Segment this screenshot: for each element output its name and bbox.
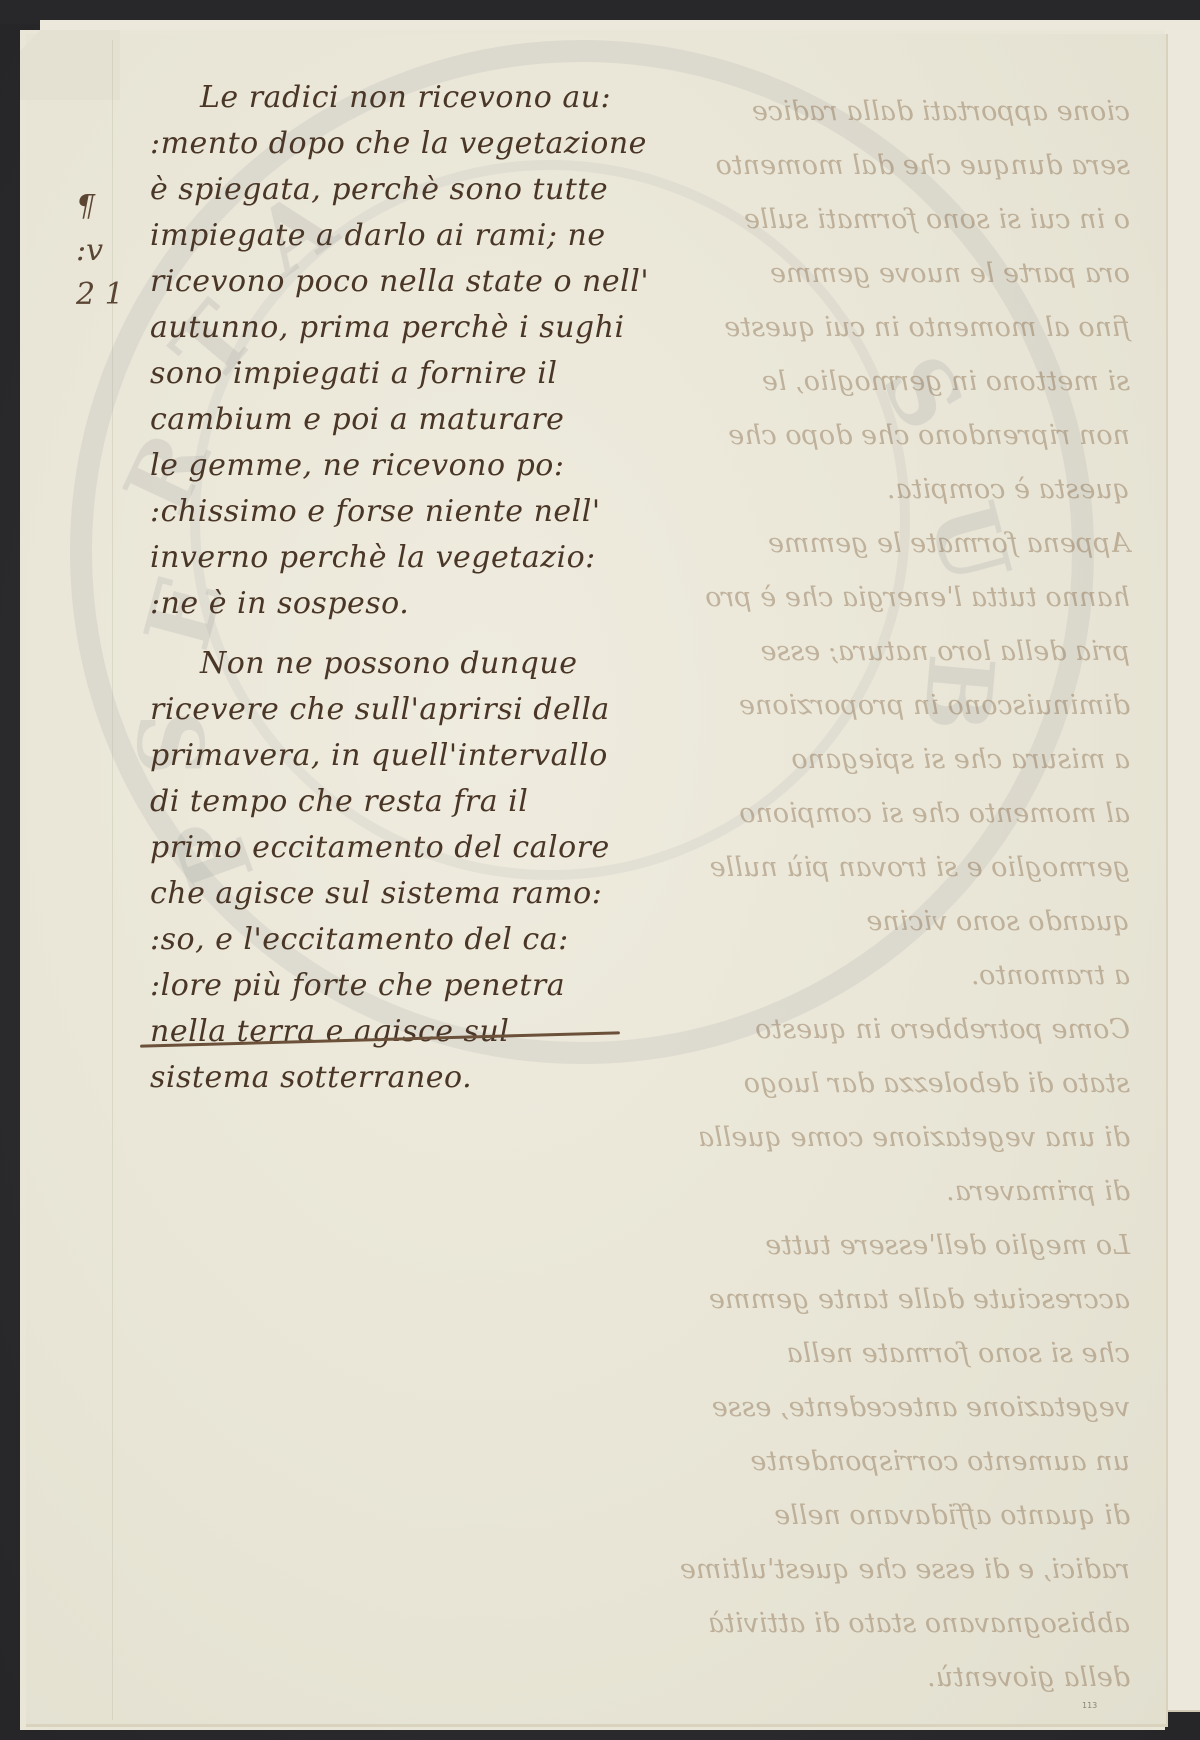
text-line: Non ne possono dunque [150,641,630,687]
text-line: che agisce sul sistema ramo: [150,871,630,917]
text-line: autunno, prima perchè i sughi [150,305,630,351]
text-line: ricevono poco nella state o nell' [150,259,630,305]
bleed-line: non riprendono che dopo che [660,409,1130,463]
page-number: 113 [1082,1701,1097,1710]
bleed-line: della gioventù. [660,1651,1130,1705]
manuscript-text: Le radici non ricevono au: :mento dopo c… [150,75,630,1101]
bleed-line: pria della loro natura; esse [660,625,1130,679]
text-line: sono impiegati a fornire il [150,351,630,397]
bleed-line: accresciute dalle tante gemme [660,1273,1130,1327]
text-line: di tempo che resta fra il [150,779,630,825]
margin-note: 2 1 [76,273,124,317]
text-line: :so, e l'eccitamento del ca: [150,917,630,963]
bleed-through-text: cione apportati dalla radice sera dunque… [660,85,1130,1705]
bleed-line: che si sono formate nella [660,1327,1130,1381]
bleed-line: Appena formate le gemme [660,517,1130,571]
margin-note: ¶ [76,185,124,229]
bleed-line: Lo meglio dell'essere tutte [660,1219,1130,1273]
text-line: Le radici non ricevono au: [150,75,630,121]
bleed-line: quando sono vicine [660,895,1130,949]
bleed-line: di quanto affidavano nelle [660,1489,1130,1543]
text-line: :ne è in sospeso. [150,581,630,627]
text-line: primavera, in quell'intervallo [150,733,630,779]
bleed-line: di primavera. [660,1165,1130,1219]
bleed-line: fino al momento in cui queste [660,301,1130,355]
bleed-line: ora parte le nuove gemme [660,247,1130,301]
text-line: ricevere che sull'aprirsi della [150,687,630,733]
bleed-line: a tramonto. [660,949,1130,1003]
bleed-line: o in cui si sono formati sulle [660,193,1130,247]
bleed-line: hanno tutta l'energia che è pro [660,571,1130,625]
text-line: :chissimo e forse niente nell' [150,489,630,535]
bleed-line: diminuiscono in proporzione [660,679,1130,733]
text-line: :lore più forte che penetra [150,963,630,1009]
bleed-line: germoglio e si trovan più nulle [660,841,1130,895]
bleed-line: sera dunque che dal momento [660,139,1130,193]
text-line: :mento dopo che la vegetazione [150,121,630,167]
bleed-line: di una vegetazione come quella [660,1111,1130,1165]
bleed-line: abbisognavano stato di attività [660,1597,1130,1651]
text-line: cambium e poi a maturare [150,397,630,443]
text-line: è spiegata, perchè sono tutte [150,167,630,213]
bleed-line: si mettono in germoglio, le [660,355,1130,409]
bleed-line: a misura che si spiegano [660,733,1130,787]
bleed-line: stato di debolezza dar luogo [660,1057,1130,1111]
bleed-line: questa è compita. [660,463,1130,517]
text-line: inverno perchè la vegetazio: [150,535,630,581]
text-line: le gemme, ne ricevono po: [150,443,630,489]
bleed-line: radici, e di esse che quest'ultime [660,1543,1130,1597]
bleed-line: al momento che si compiono [660,787,1130,841]
bleed-line: un aumento corrispondente [660,1435,1130,1489]
bleed-line: cione apportati dalla radice [660,85,1130,139]
bleed-line: Come potrebbero in questo [660,1003,1130,1057]
margin-note: :v [76,229,124,273]
text-line: impiegate a darlo ai rami; ne [150,213,630,259]
margin-notes: ¶ :v 2 1 [76,185,124,317]
paragraph-1: Le radici non ricevono au: :mento dopo c… [150,75,630,627]
text-line: primo eccitamento del calore [150,825,630,871]
text-line: sistema sotterraneo. [150,1055,630,1101]
bleed-line: vegetazione antecedente, esse [660,1381,1130,1435]
